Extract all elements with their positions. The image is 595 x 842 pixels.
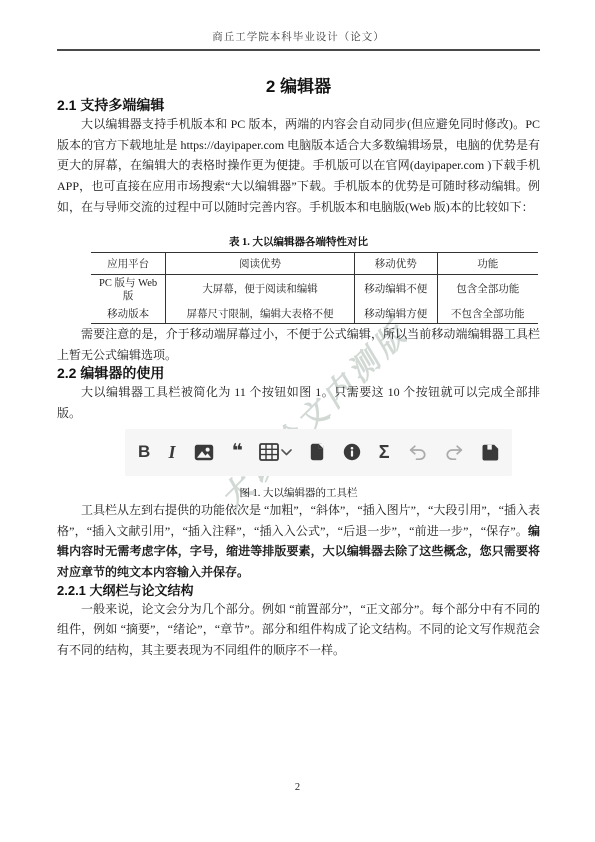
section-heading-2-2-1: 2.2.1 大纲栏与论文结构 <box>57 583 540 599</box>
redo-icon <box>445 440 464 464</box>
cell-platform-pc: PC 版与 Web 版 <box>91 274 166 306</box>
cell-mobility-pc: 移动编辑不便 <box>354 274 437 306</box>
toolbar-description-normal: 工具栏从左到右提供的功能依次是 “加粗”，“斜体”，“插入图片”，“大段引用”，… <box>57 503 540 538</box>
table-options-chevron-icon <box>281 440 292 464</box>
insert-citation-icon <box>310 440 324 464</box>
cell-reading-pc: 大屏幕，便于阅读和编辑 <box>166 274 355 306</box>
paragraph-multi-device: 大以编辑器支持手机版本和 PC 版本，两端的内容会自动同步(但应避免同时修改)。… <box>57 114 540 218</box>
col-header-features: 功能 <box>437 252 538 274</box>
insert-table-icon <box>259 440 279 464</box>
page-number: 2 <box>0 782 595 793</box>
figure-editor-toolbar: B I ❝ <box>125 429 512 476</box>
section-heading-2-2: 2.2 编辑器的使用 <box>57 365 540 382</box>
col-header-platform: 应用平台 <box>91 252 166 274</box>
table-caption: 表 1. 大以编辑器各端特性对比 <box>57 236 540 249</box>
paragraph-note: 需要注意的是，介于移动端屏幕过小，不便于公式编辑，所以当前移动端编辑器工具栏上暂… <box>57 324 540 365</box>
table-header-row: 应用平台 阅读优势 移动优势 功能 <box>91 252 538 274</box>
bold-icon: B <box>138 440 150 464</box>
comparison-table: 应用平台 阅读优势 移动优势 功能 PC 版与 Web 版 大屏幕，便于阅读和编… <box>91 252 538 325</box>
undo-icon <box>408 440 427 464</box>
blockquote-icon: ❝ <box>232 440 241 464</box>
cell-features-pc: 包含全部功能 <box>437 274 538 306</box>
italic-icon: I <box>168 440 175 464</box>
paragraph-toolbar-intro: 大以编辑器工具栏被简化为 11 个按钮如图 1。只需要这 10 个按钮就可以完成… <box>57 382 540 423</box>
cell-platform-mobile: 移动版本 <box>91 306 166 324</box>
table-row: PC 版与 Web 版 大屏幕，便于阅读和编辑 移动编辑不便 包含全部功能 <box>91 274 538 306</box>
col-header-mobility: 移动优势 <box>354 252 437 274</box>
cell-features-mobile: 不包含全部功能 <box>437 306 538 324</box>
cell-mobility-mobile: 移动编辑方便 <box>354 306 437 324</box>
save-icon <box>482 440 499 464</box>
page-content: 2 编辑器 2.1 支持多端编辑 大以编辑器支持手机版本和 PC 版本，两端的内… <box>57 48 540 661</box>
col-header-reading: 阅读优势 <box>166 252 355 274</box>
chapter-title: 2 编辑器 <box>57 77 540 97</box>
paragraph-outline-structure: 一般来说，论文会分为几个部分。例如 “前置部分”，“正文部分”。每个部分中有不同… <box>57 599 540 661</box>
document-page: 商丘工学院本科毕业设计（论文） 大以论文内测版 2 编辑器 2.1 支持多端编辑… <box>0 0 595 842</box>
figure-caption: 图 1. 大以编辑器的工具栏 <box>57 487 540 500</box>
section-heading-2-1: 2.1 支持多端编辑 <box>57 97 540 114</box>
table-row: 移动版本 屏幕尺寸限制，编辑大表格不便 移动编辑方便 不包含全部功能 <box>91 306 538 324</box>
insert-footnote-icon <box>343 440 361 464</box>
paragraph-toolbar-description: 工具栏从左到右提供的功能依次是 “加粗”，“斜体”，“插入图片”，“大段引用”，… <box>57 500 540 583</box>
insert-image-icon <box>194 440 214 464</box>
cell-reading-mobile: 屏幕尺寸限制，编辑大表格不便 <box>166 306 355 324</box>
insert-formula-icon: Σ <box>379 440 390 464</box>
